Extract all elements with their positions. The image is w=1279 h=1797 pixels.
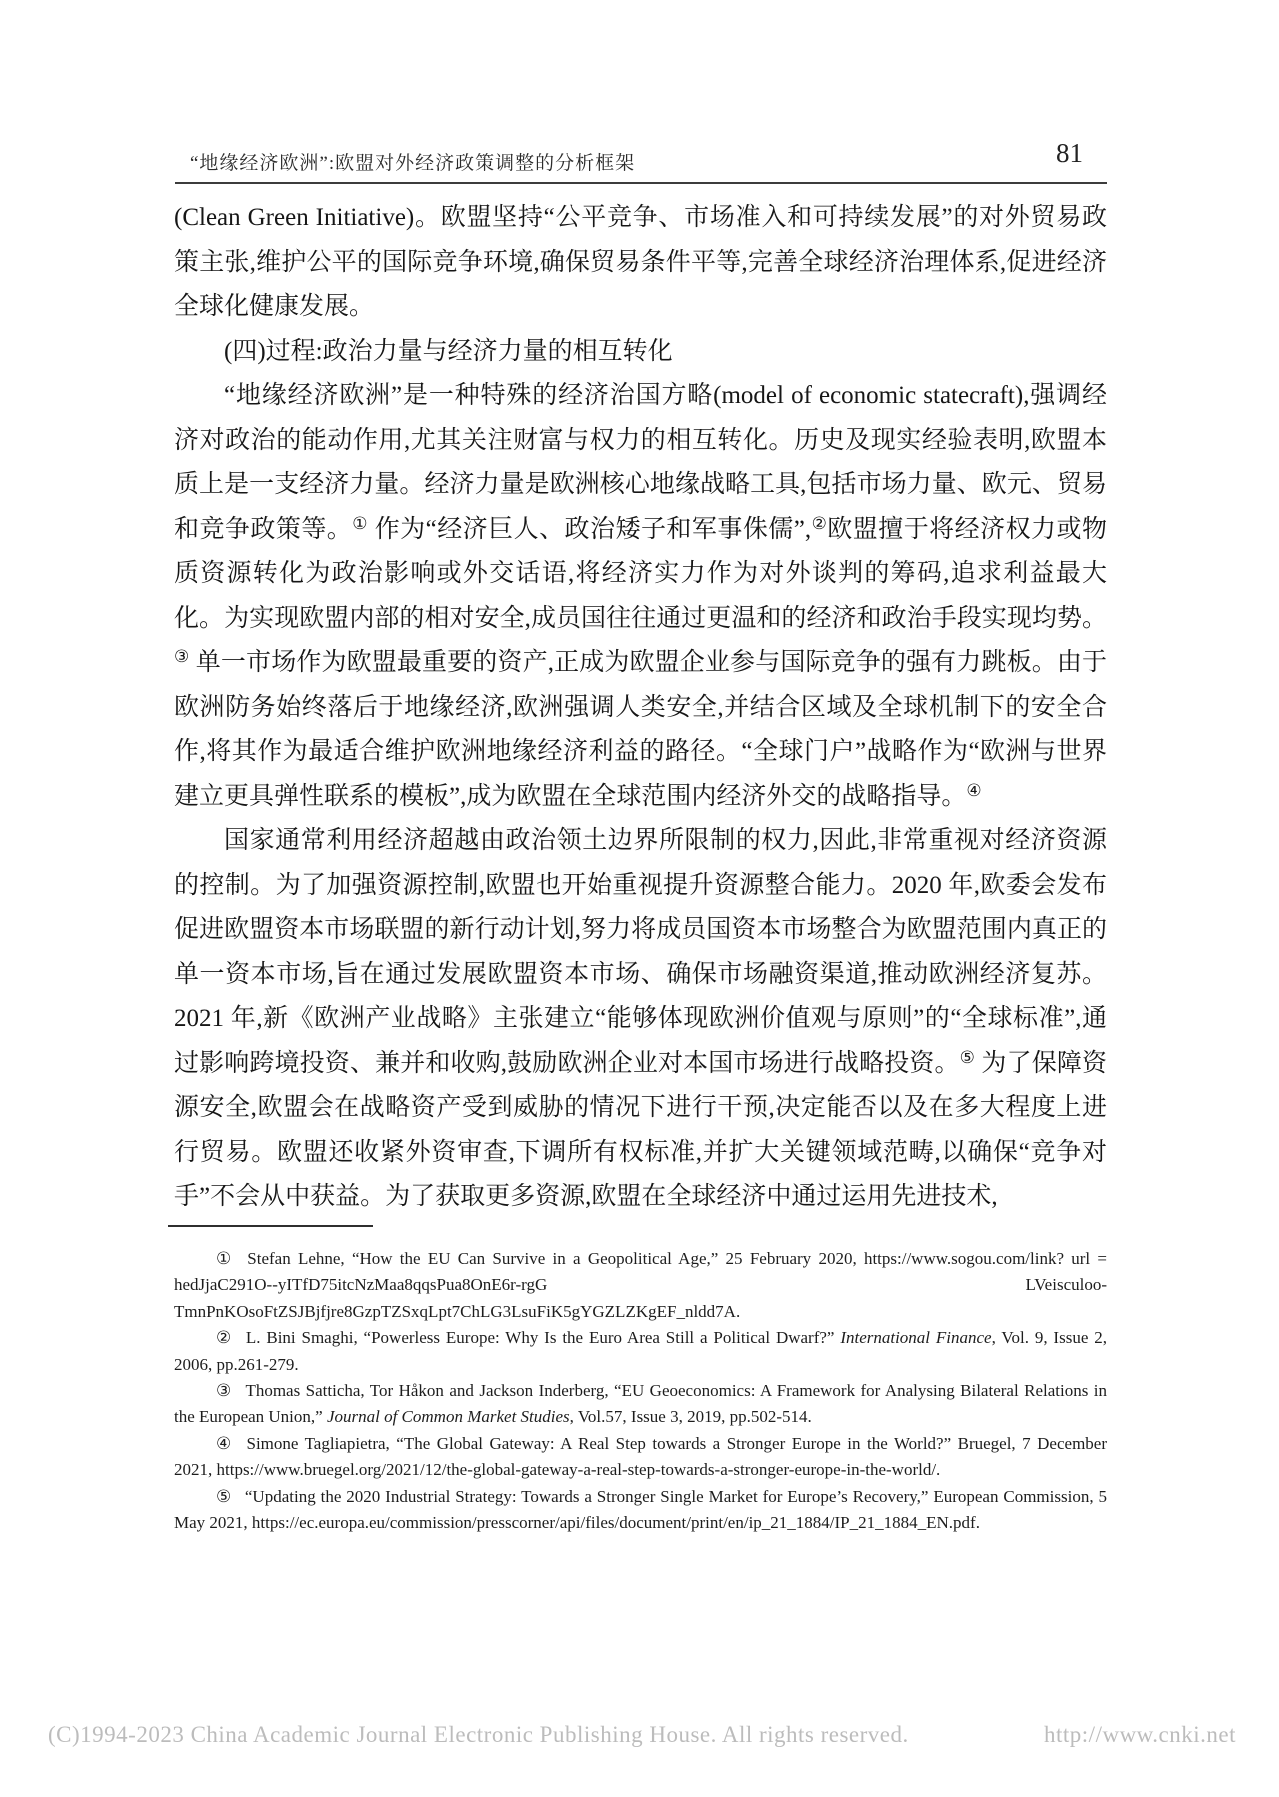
text-segment: L. Bini Smaghi, “Powerless Europe: Why I… [246, 1328, 840, 1347]
footnote-separator [168, 1225, 373, 1227]
italic-text-segment: Journal of Common Market Studies [327, 1407, 570, 1426]
footnote-marker: ③ [216, 1381, 232, 1400]
footnote-text: L. Bini Smaghi, “Powerless Europe: Why I… [174, 1328, 1107, 1373]
header-divider [175, 182, 1107, 184]
footnote-ref-superscript: ④ [966, 781, 981, 800]
text-segment: “Updating the 2020 Industrial Strategy: … [174, 1487, 1107, 1532]
footnote: ①Stefan Lehne, “How the EU Can Survive i… [174, 1246, 1107, 1325]
paragraph-continuation: (Clean Green Initiative)。欧盟坚持“公平竞争、市场准入和… [174, 196, 1107, 330]
footnote-ref-superscript: ① [352, 514, 368, 533]
cnki-url: http://www.cnki.net [1044, 1722, 1236, 1748]
text-segment: Simone Tagliapietra, “The Global Gateway… [174, 1434, 1107, 1479]
footnote-text: Simone Tagliapietra, “The Global Gateway… [174, 1434, 1107, 1479]
section-heading: (四)过程:政治力量与经济力量的相互转化 [174, 330, 1107, 375]
text-segment: 作为“经济巨人、政治矮子和军事侏儒”, [368, 516, 811, 543]
article-body: (Clean Green Initiative)。欧盟坚持“公平竞争、市场准入和… [174, 196, 1107, 1220]
journal-page: “地缘经济欧洲”:欧盟对外经济政策调整的分析框架 81 (Clean Green… [0, 0, 1279, 1797]
footnote-marker: ① [216, 1249, 234, 1268]
footnote-ref-superscript: ③ [174, 647, 189, 666]
footnotes-block: ①Stefan Lehne, “How the EU Can Survive i… [174, 1246, 1107, 1536]
italic-text-segment: International Finance [840, 1328, 991, 1347]
text-segment: 国家通常利用经济超越由政治领土边界所限制的权力,因此,非常重视对经济资源的控制。… [174, 827, 1107, 1077]
paragraph: “地缘经济欧洲”是一种特殊的经济治国方略(model of economic s… [174, 374, 1107, 819]
footnote-marker: ⑤ [216, 1487, 232, 1506]
paragraph: 国家通常利用经济超越由政治领土边界所限制的权力,因此,非常重视对经济资源的控制。… [174, 819, 1107, 1220]
footnote-text: Stefan Lehne, “How the EU Can Survive in… [174, 1249, 1107, 1321]
running-title: “地缘经济欧洲”:欧盟对外经济政策调整的分析框架 [190, 148, 635, 175]
page-number: 81 [1056, 138, 1083, 169]
footnote-text: Thomas Satticha, Tor Håkon and Jackson I… [174, 1381, 1107, 1426]
footnote: ②L. Bini Smaghi, “Powerless Europe: Why … [174, 1325, 1107, 1378]
footnote-text: “Updating the 2020 Industrial Strategy: … [174, 1487, 1107, 1532]
footnote-ref-superscript: ⑤ [960, 1048, 975, 1067]
copyright-text: (C)1994-2023 China Academic Journal Elec… [48, 1722, 909, 1748]
text-segment: , Vol.57, Issue 3, 2019, pp.502-514. [570, 1407, 812, 1426]
footnote-marker: ④ [216, 1434, 233, 1453]
footnote: ⑤“Updating the 2020 Industrial Strategy:… [174, 1484, 1107, 1537]
text-segment: Stefan Lehne, “How the EU Can Survive in… [174, 1249, 1107, 1321]
footnote: ④Simone Tagliapietra, “The Global Gatewa… [174, 1431, 1107, 1484]
footnote-ref-superscript: ② [811, 514, 827, 533]
watermark-footer: (C)1994-2023 China Academic Journal Elec… [48, 1722, 1236, 1748]
footnote: ③Thomas Satticha, Tor Håkon and Jackson … [174, 1378, 1107, 1431]
footnote-marker: ② [216, 1328, 233, 1347]
